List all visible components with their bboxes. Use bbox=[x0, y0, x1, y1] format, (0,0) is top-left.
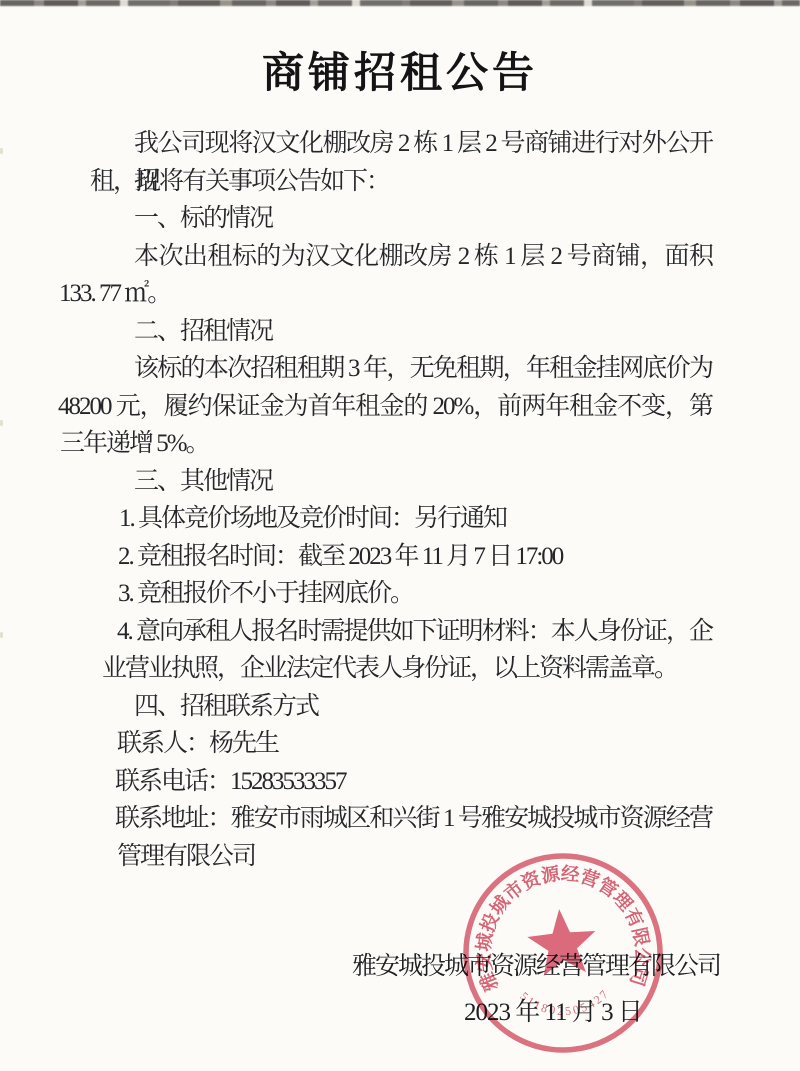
section-3-item-2: 2. 竞租报名时间：截至 2023 年 11 月 7 日 17:00 bbox=[58, 538, 712, 576]
section-4-heading: 四、招租联系方式 bbox=[58, 688, 712, 726]
contact-person: 联系人：杨先生 bbox=[58, 725, 712, 763]
seal-star-icon bbox=[525, 906, 599, 977]
section-3-item-4-line-1: 4. 意向承租人报名时需提供如下证明材料：本人身份证，企 bbox=[58, 613, 712, 651]
section-1-line-1: 本次出租标的为汉文化棚改房 2 栋 1 层 2 号商铺，面积 bbox=[58, 238, 712, 276]
page-title: 商铺招租公告 bbox=[0, 40, 800, 92]
document-page: 商铺招租公告 我公司现将汉文化棚改房 2 栋 1 层 2 号商铺进行对外公开招 … bbox=[0, 0, 800, 1071]
section-2-line-3: 三年递增 5%。 bbox=[58, 425, 712, 463]
intro-line-2: 租，现将有关事项公告如下： bbox=[58, 163, 712, 201]
section-2-line-2: 48200 元，履约保证金为首年租金的 20%，前两年租金不变，第 bbox=[58, 388, 712, 426]
contact-phone: 联系电话：15283533357 bbox=[58, 763, 712, 801]
section-2-line-1: 该标的本次招租租期 3 年，无免租期，年租金挂网底价为 bbox=[58, 350, 712, 388]
scan-speck bbox=[0, 420, 3, 426]
section-2-heading: 二、招租情况 bbox=[58, 313, 712, 351]
section-3-item-3: 3. 竞租报价不小于挂网底价。 bbox=[58, 575, 712, 613]
scan-speck bbox=[0, 148, 3, 154]
section-3-item-4-line-2: 业营业执照，企业法定代表人身份证，以上资料需盖章。 bbox=[58, 650, 712, 688]
intro-line-1: 我公司现将汉文化棚改房 2 栋 1 层 2 号商铺进行对外公开招 bbox=[58, 125, 712, 163]
section-1-heading: 一、标的情况 bbox=[58, 200, 712, 238]
section-3-item-1: 1. 具体竞价场地及竞价时间：另行通知 bbox=[58, 500, 712, 538]
seal-code-text: 511802505427 bbox=[517, 982, 615, 1023]
document-body: 我公司现将汉文化棚改房 2 栋 1 层 2 号商铺进行对外公开招 租，现将有关事… bbox=[58, 125, 712, 875]
scan-speck bbox=[0, 632, 3, 638]
company-seal-stamp: 雅安城投城市资源经营管理有限公司 511802505427 bbox=[447, 837, 679, 1069]
section-3-heading: 三、其他情况 bbox=[58, 463, 712, 501]
contact-address-line-1: 联系地址：雅安市雨城区和兴街 1 号雅安城投城市资源经营 bbox=[58, 800, 712, 838]
scan-top-artifact bbox=[0, 0, 800, 6]
section-1-line-2: 133. 77 ㎡。 bbox=[58, 275, 712, 313]
